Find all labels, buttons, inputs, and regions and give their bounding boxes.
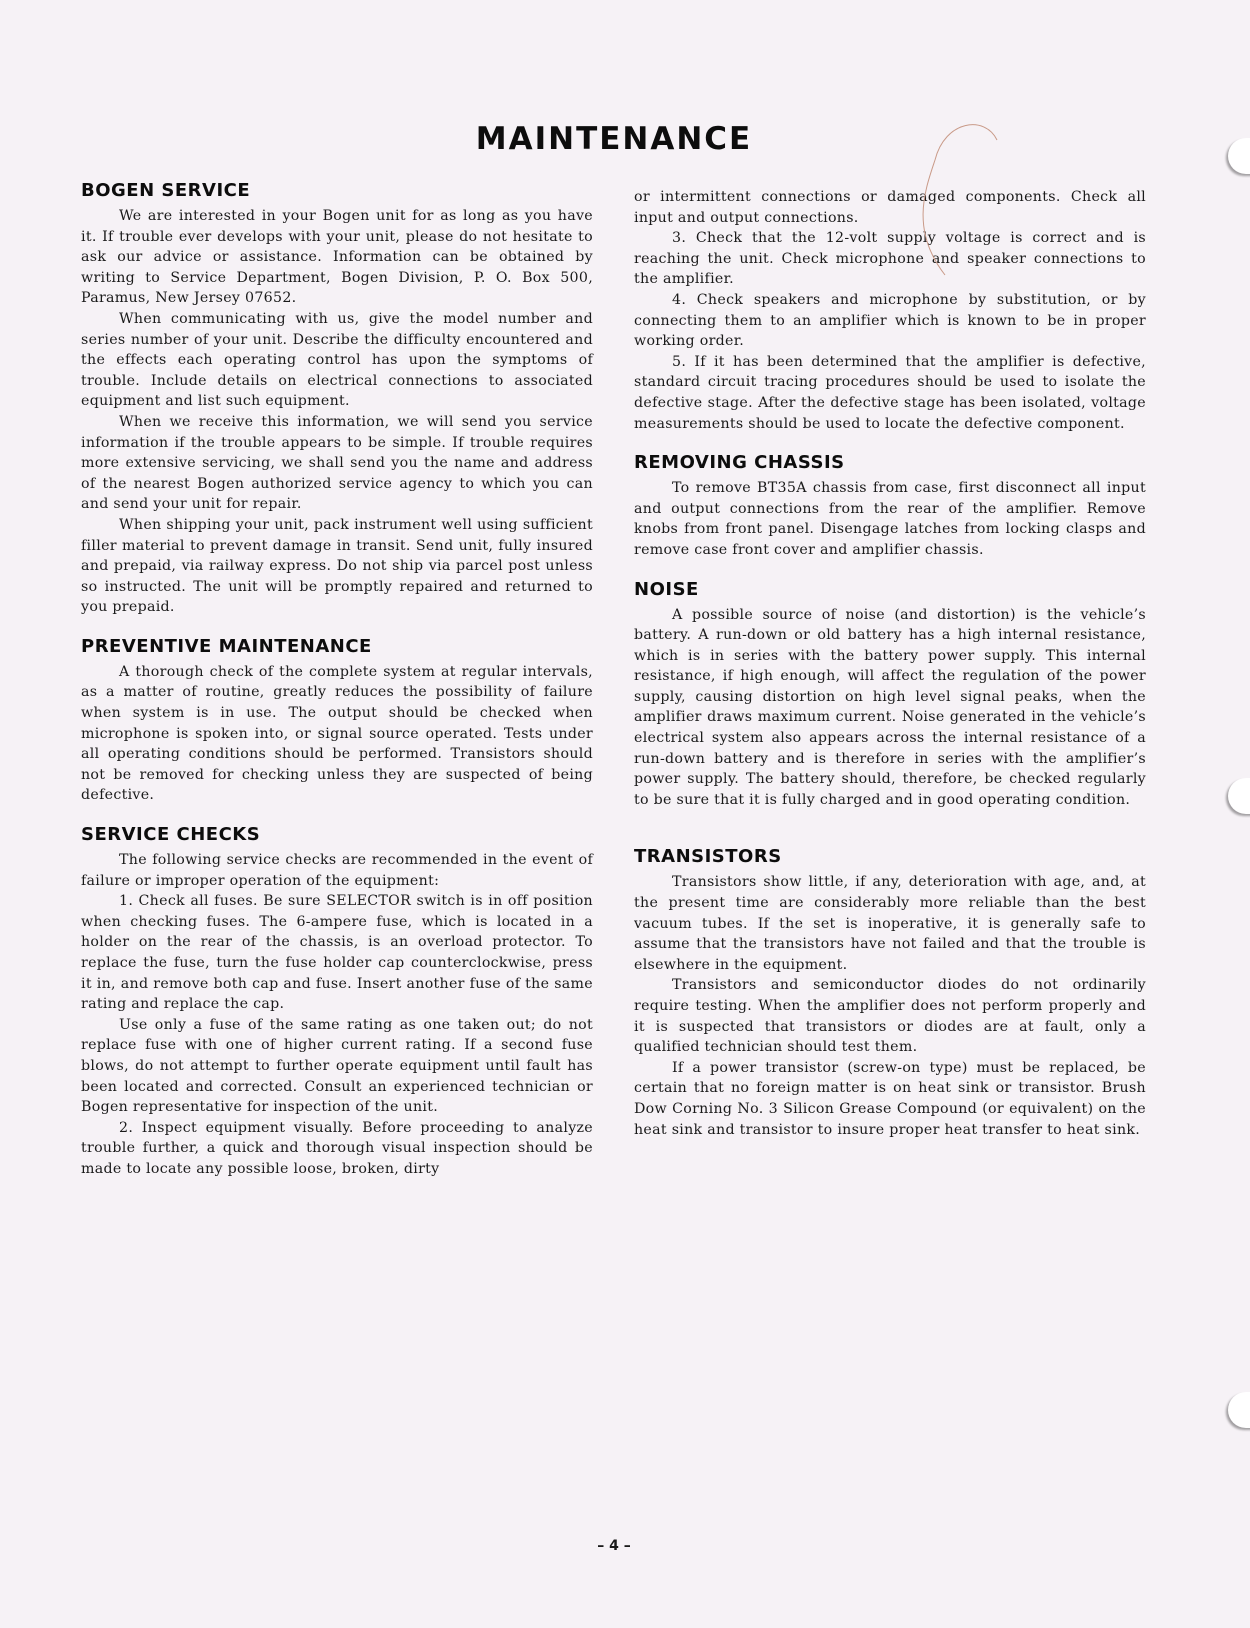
paragraph: To remove BT35A chassis from case, first… xyxy=(634,478,1146,560)
paragraph: 2. Inspect equipment visually. Before pr… xyxy=(81,1118,593,1180)
paragraph: When we receive this information, we wil… xyxy=(81,412,593,515)
left-column: BOGEN SERVICE We are interested in your … xyxy=(81,180,593,1180)
section-heading: PREVENTIVE MAINTENANCE xyxy=(81,636,593,658)
paragraph: A thorough check of the complete system … xyxy=(81,662,593,806)
section-heading: SERVICE CHECKS xyxy=(81,824,593,846)
paragraph: Use only a fuse of the same rating as on… xyxy=(81,1015,593,1118)
punch-hole-icon xyxy=(1228,778,1250,814)
paragraph: When communicating with us, give the mod… xyxy=(81,309,593,412)
section-heading: BOGEN SERVICE xyxy=(81,180,593,202)
paragraph: or intermittent connections or damaged c… xyxy=(634,187,1146,228)
page-title: MAINTENANCE xyxy=(0,121,1228,157)
punch-hole-icon xyxy=(1228,1392,1250,1428)
section-bogen-service: BOGEN SERVICE We are interested in your … xyxy=(81,180,593,618)
paragraph: If a power transistor (screw-on type) mu… xyxy=(634,1058,1146,1140)
section-heading: TRANSISTORS xyxy=(634,846,1146,868)
paragraph: Transistors and semiconductor diodes do … xyxy=(634,975,1146,1057)
paragraph: 1. Check all fuses. Be sure SELECTOR swi… xyxy=(81,891,593,1015)
paragraph: The following service checks are recomme… xyxy=(81,850,593,891)
section-removing-chassis: REMOVING CHASSIS To remove BT35A chassis… xyxy=(634,452,1146,560)
section-service-checks-continued: or intermittent connections or damaged c… xyxy=(634,187,1146,434)
section-service-checks: SERVICE CHECKS The following service che… xyxy=(81,824,593,1180)
punch-hole-icon xyxy=(1228,138,1250,174)
paragraph: Transistors show little, if any, deterio… xyxy=(634,872,1146,975)
right-column: or intermittent connections or damaged c… xyxy=(634,187,1146,1140)
section-preventive-maintenance: PREVENTIVE MAINTENANCE A thorough check … xyxy=(81,636,593,806)
paragraph: 3. Check that the 12-volt supply voltage… xyxy=(634,228,1146,290)
paragraph: A possible source of noise (and distorti… xyxy=(634,605,1146,811)
paragraph: 5. If it has been determined that the am… xyxy=(634,352,1146,434)
page-number: – 4 – xyxy=(0,1538,1228,1554)
paragraph: 4. Check speakers and microphone by subs… xyxy=(634,290,1146,352)
section-heading: REMOVING CHASSIS xyxy=(634,452,1146,474)
paragraph: When shipping your unit, pack instrument… xyxy=(81,515,593,618)
section-noise: NOISE A possible source of noise (and di… xyxy=(634,579,1146,811)
paragraph: We are interested in your Bogen unit for… xyxy=(81,206,593,309)
section-transistors: TRANSISTORS Transistors show little, if … xyxy=(634,846,1146,1140)
section-heading: NOISE xyxy=(634,579,1146,601)
